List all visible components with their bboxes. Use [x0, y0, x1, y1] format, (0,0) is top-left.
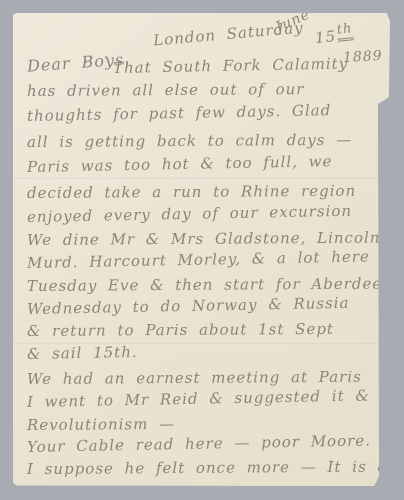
letter-line: thoughts for past few days. Glad — [27, 101, 332, 125]
letter-line: has driven all else out of our — [27, 80, 305, 100]
letter-line: Murd. Harcourt Morley, & a lot here — [27, 247, 370, 272]
dateline-ordinal: th — [336, 21, 354, 42]
dateline-day: 15 — [314, 27, 337, 47]
letter-line: all is getting back to calm days — — [27, 131, 352, 151]
letter-line: & return to Paris about 1st Sept — [27, 320, 334, 340]
dateline-year: 1889 — [343, 48, 383, 66]
letter-line: I suppose he felt once more — It is as i… — [27, 457, 404, 478]
letter-line: I went to Mr Reid & suggested it & plans — [27, 385, 404, 411]
letter-line: Tuesday Eve & then start for Aberdeen — [27, 274, 393, 295]
fold-crease-upper — [13, 178, 384, 181]
letter-line: & sail 15th. — [27, 343, 138, 363]
letter-line: enjoyed every day of our excursion — [27, 202, 352, 226]
letter-line: Wednesday to do Norway & Russia — [27, 294, 350, 318]
letter-line: Paris was too hot & too full, we — [27, 152, 333, 176]
letter-line: That South Fork Calamity — [113, 54, 348, 77]
letter-photo: London Saturday June 15 th 1889 Dear Boy… — [0, 0, 404, 500]
letter-line: We dine Mr & Mrs Gladstone, Lincoln — [27, 229, 381, 249]
letter-line: decided take a run to Rhine region — [27, 182, 356, 202]
letter-paper: London Saturday June 15 th 1889 Dear Boy… — [13, 13, 390, 486]
letter-line: Your Cable read here — poor Moore. — [27, 431, 371, 456]
letter-line: Revolutionism — — [27, 415, 175, 434]
letter-line: We had an earnest meeting at Paris — [27, 368, 362, 388]
